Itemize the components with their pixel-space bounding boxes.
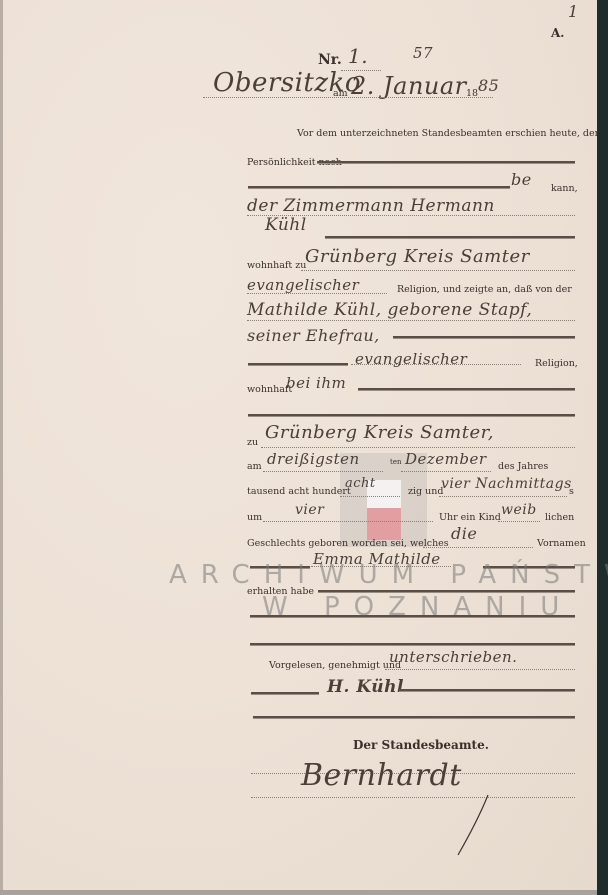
wohnhaft-value: bei ihm: [286, 374, 346, 392]
um-label: um: [247, 512, 262, 523]
zu-label: zu: [247, 437, 258, 448]
nr-annotation: 57: [413, 44, 433, 62]
am-label-2: am: [247, 461, 262, 472]
vorgelesen-text: Vorgelesen, genehmigt und: [269, 660, 401, 671]
registrar-title: Der Standesbeamte.: [353, 738, 489, 752]
decade-value: acht: [345, 476, 376, 491]
des-jahres: des Jahres: [498, 461, 548, 472]
kann-suffix: be: [511, 170, 532, 189]
hour-value: vier: [295, 502, 324, 518]
month-value: Dezember: [405, 450, 487, 468]
nr-value: 1.: [348, 44, 368, 68]
religion-label: Religion,: [535, 358, 578, 369]
year-unit-suffix: s: [569, 486, 574, 497]
year-unit-value: vier Nachmittags: [441, 476, 572, 492]
nr-label: Nr.: [318, 52, 342, 68]
vorgelesen-value: unterschrieben.: [389, 648, 517, 666]
uhr-kind: Uhr ein Kind: [439, 512, 501, 523]
tausend-text: tausend acht hundert: [247, 486, 351, 497]
wohnhaft-zu-label: wohnhaft zu: [247, 260, 306, 271]
month-prefix: ten: [390, 458, 401, 466]
kann-text: kann,: [551, 183, 578, 194]
informant-line-2: Kühl: [265, 215, 307, 235]
name-prefix: die: [451, 524, 477, 543]
corner-number: 1: [568, 2, 579, 21]
wohnhaft-zu-value: Grünberg Kreis Samter: [305, 246, 530, 267]
religion-text: Religion, und zeigte an, daß von der: [397, 284, 572, 295]
watermark-line-2: W POZNANIU: [262, 592, 573, 622]
zu-value: Grünberg Kreis Samter,: [265, 422, 494, 443]
lichen-text: lichen: [545, 512, 574, 523]
mother-line-1: Mathilde Kühl, geborene Stapf,: [247, 300, 532, 320]
day-value: dreißigsten: [267, 450, 360, 468]
registrar-signature: Bernhardt: [301, 758, 462, 793]
informant-signature: H. Kühl: [327, 677, 404, 697]
mother-line-2: seiner Ehefrau,: [247, 326, 380, 345]
corner-mark: A.: [551, 26, 565, 40]
archive-logo-red: [367, 508, 401, 540]
mother-religion-value: evangelischer: [355, 350, 467, 368]
gender-value: weib: [501, 502, 537, 518]
geschlechts-text: Geschlechts geboren worden sei, welches: [247, 538, 449, 549]
page-bottom-edge: [0, 890, 597, 895]
signature-flourish: [453, 790, 493, 860]
vornamen-label: Vornamen: [537, 538, 586, 549]
informant-line-1: der Zimmermann Hermann: [247, 196, 495, 216]
intro-text: Vor dem unterzeichneten Standesbeamten e…: [297, 128, 599, 139]
year-suffix: 85: [478, 76, 499, 95]
watermark-line-1: ARCHIWUM PAŃSTWOWE: [169, 560, 608, 590]
religion-value: evangelischer: [247, 276, 359, 294]
document-page: 1 A. Nr. 1. 57 Obersitzko am 2. Januar 1…: [0, 0, 597, 890]
date-day-month: 2. Januar: [351, 72, 467, 100]
